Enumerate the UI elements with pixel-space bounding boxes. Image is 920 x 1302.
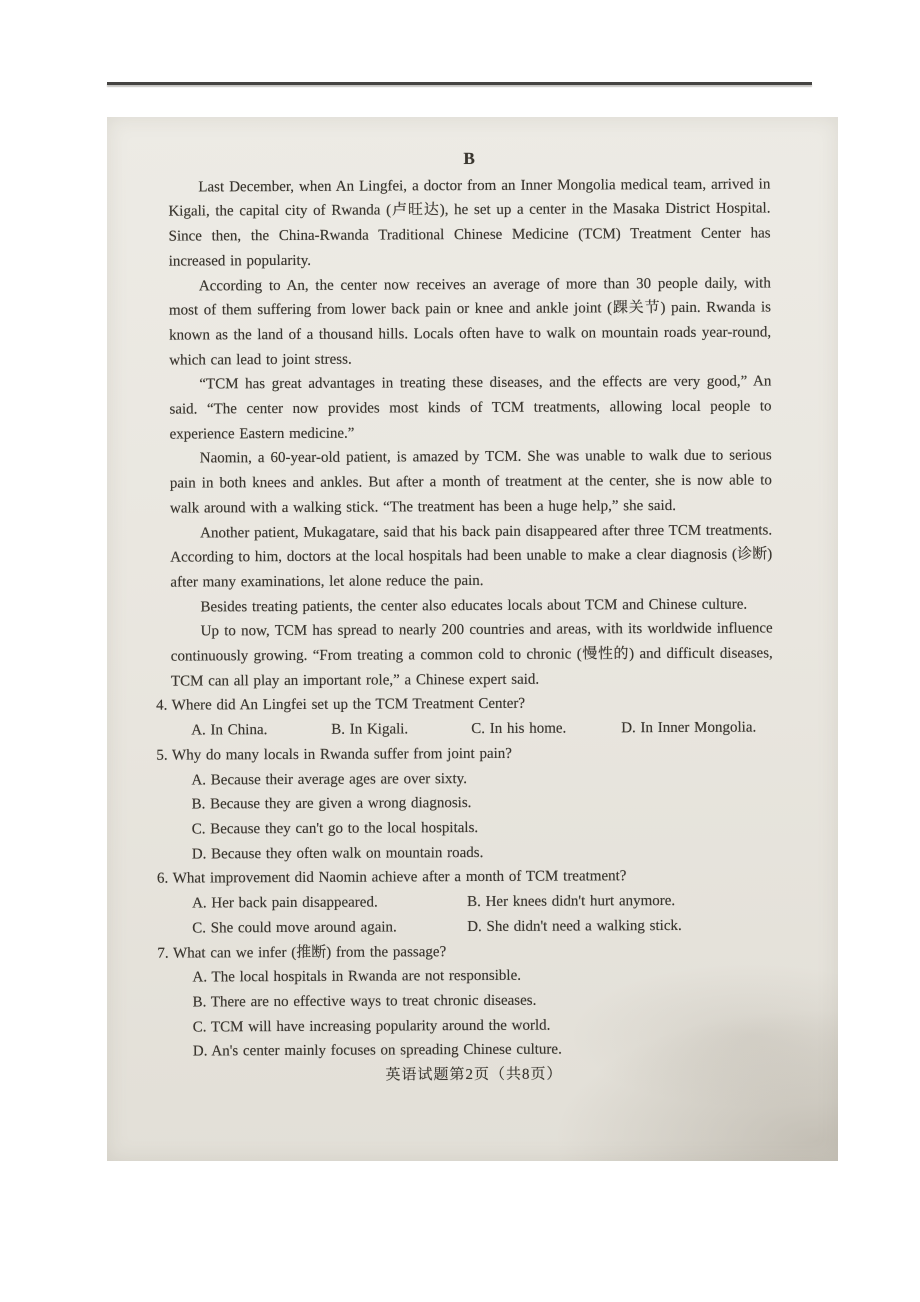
question-4-option-a: A. In China. xyxy=(191,718,331,743)
question-6-head: 6. What improvement did Naomin achieve a… xyxy=(157,864,774,892)
passage-paragraph-4: Naomin, a 60-year-old patient, is amazed… xyxy=(170,444,772,521)
question-5-option-b: B. Because they are given a wrong diagno… xyxy=(192,790,774,818)
page-footer: 英语试题第2页（共8页） xyxy=(173,1061,775,1089)
question-7-number: 7. xyxy=(157,945,168,961)
passage-paragraph-3: “TCM has great advantages in treating th… xyxy=(169,370,771,447)
question-6-options: A. Her back pain disappeared. B. Her kne… xyxy=(192,889,774,941)
question-4-option-d: D. In Inner Mongolia. xyxy=(621,716,773,741)
question-7-head: 7. What can we infer (推断) from the passa… xyxy=(157,938,774,966)
question-5-option-a: A. Because their average ages are over s… xyxy=(191,765,773,793)
question-6-option-d: D. She didn't need a walking stick. xyxy=(467,913,774,939)
question-block-6: 6. What improvement did Naomin achieve a… xyxy=(172,864,774,941)
question-4-head: 4. Where did An Lingfei set up the TCM T… xyxy=(156,691,773,719)
section-label: B xyxy=(168,145,770,173)
exam-page: B Last December, when An Lingfei, a doct… xyxy=(107,117,838,1161)
question-4-options: A. In China. B. In Kigali. C. In his hom… xyxy=(191,716,773,744)
question-6-number: 6. xyxy=(157,871,168,887)
question-6-option-c: C. She could move around again. xyxy=(192,915,467,941)
question-7-option-d: D. An's center mainly focuses on spreadi… xyxy=(193,1037,775,1065)
question-7-option-a: A. The local hospitals in Rwanda are not… xyxy=(192,963,774,991)
photo-background: B Last December, when An Lingfei, a doct… xyxy=(0,0,920,1302)
question-4-option-b: B. In Kigali. xyxy=(331,717,471,742)
question-4-text: Where did An Lingfei set up the TCM Trea… xyxy=(172,696,525,714)
question-5-option-d: D. Because they often walk on mountain r… xyxy=(192,839,774,867)
question-4-number: 4. xyxy=(156,698,167,714)
question-6-option-b: B. Her knees didn't hurt anymore. xyxy=(467,889,774,915)
question-block-7: 7. What can we infer (推断) from the passa… xyxy=(172,938,775,1065)
passage-paragraph-6: Besides treating patients, the center al… xyxy=(170,592,772,620)
page-content: B Last December, when An Lingfei, a doct… xyxy=(105,115,841,1090)
question-5-head: 5. Why do many locals in Rwanda suffer f… xyxy=(156,740,773,768)
question-5-text: Why do many locals in Rwanda suffer from… xyxy=(172,746,512,764)
question-5-option-c: C. Because they can't go to the local ho… xyxy=(192,814,774,842)
question-7-text: What can we infer (推断) from the passage? xyxy=(173,944,446,961)
question-block-4: 4. Where did An Lingfei set up the TCM T… xyxy=(171,691,773,744)
passage-paragraph-5: Another patient, Mukagatare, said that h… xyxy=(170,518,772,595)
passage-paragraph-1: Last December, when An Lingfei, a doctor… xyxy=(168,172,771,274)
question-7-option-c: C. TCM will have increasing popularity a… xyxy=(193,1012,775,1040)
passage-paragraph-7: Up to now, TCM has spread to nearly 200 … xyxy=(171,617,773,694)
top-rule-line xyxy=(107,82,812,85)
question-4-option-c: C. In his home. xyxy=(471,716,621,741)
question-5-number: 5. xyxy=(156,747,167,763)
passage-paragraph-2: According to An, the center now receives… xyxy=(169,271,772,373)
question-6-text: What improvement did Naomin achieve afte… xyxy=(173,869,627,887)
question-5-options: A. Because their average ages are over s… xyxy=(191,765,774,867)
question-7-options: A. The local hospitals in Rwanda are not… xyxy=(192,963,775,1065)
question-block-5: 5. Why do many locals in Rwanda suffer f… xyxy=(171,740,774,867)
question-7-option-b: B. There are no effective ways to treat … xyxy=(193,987,775,1015)
question-6-option-a: A. Her back pain disappeared. xyxy=(192,890,467,916)
